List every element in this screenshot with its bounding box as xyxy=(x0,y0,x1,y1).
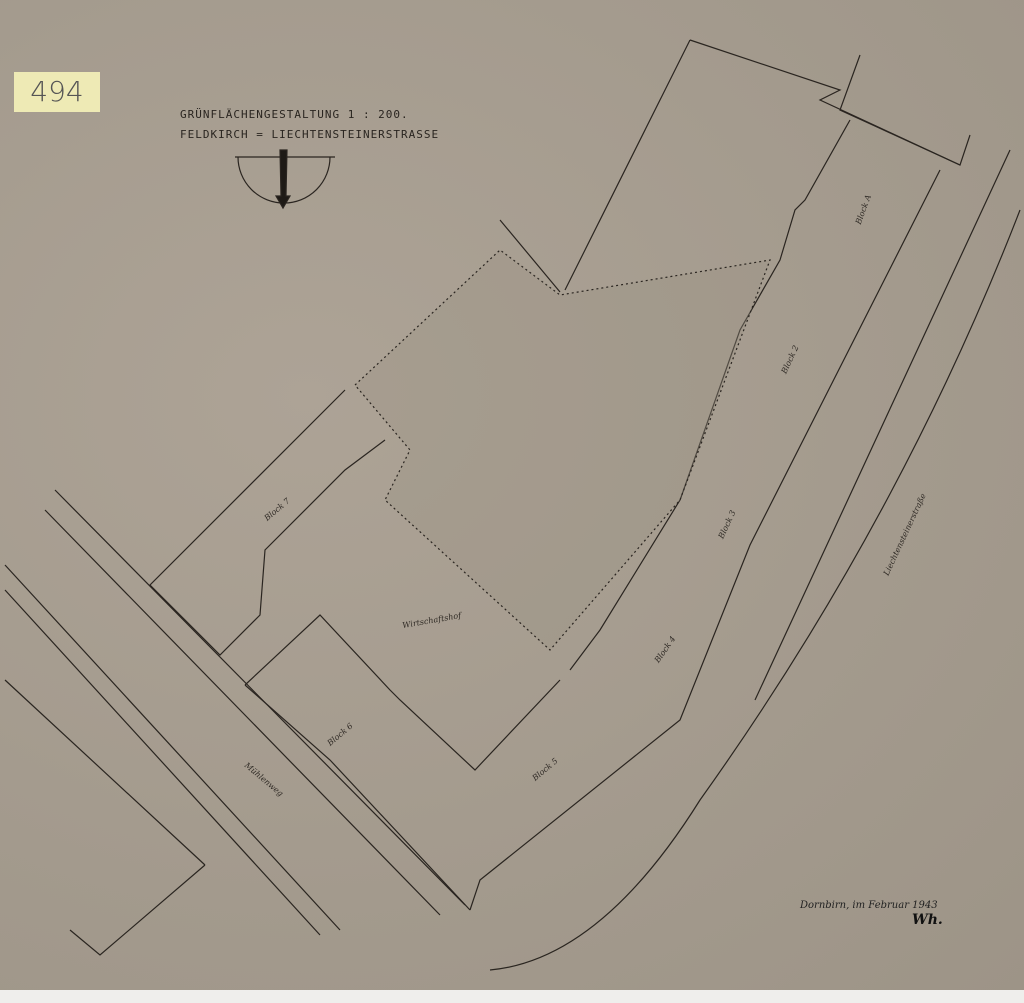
signature: Wh. xyxy=(912,912,943,928)
scan-border xyxy=(0,990,1024,1003)
place-date-note: Dornbirn, im Februar 1943 xyxy=(800,900,938,911)
north-arrow-icon xyxy=(276,150,290,208)
site-plan xyxy=(0,0,1024,990)
